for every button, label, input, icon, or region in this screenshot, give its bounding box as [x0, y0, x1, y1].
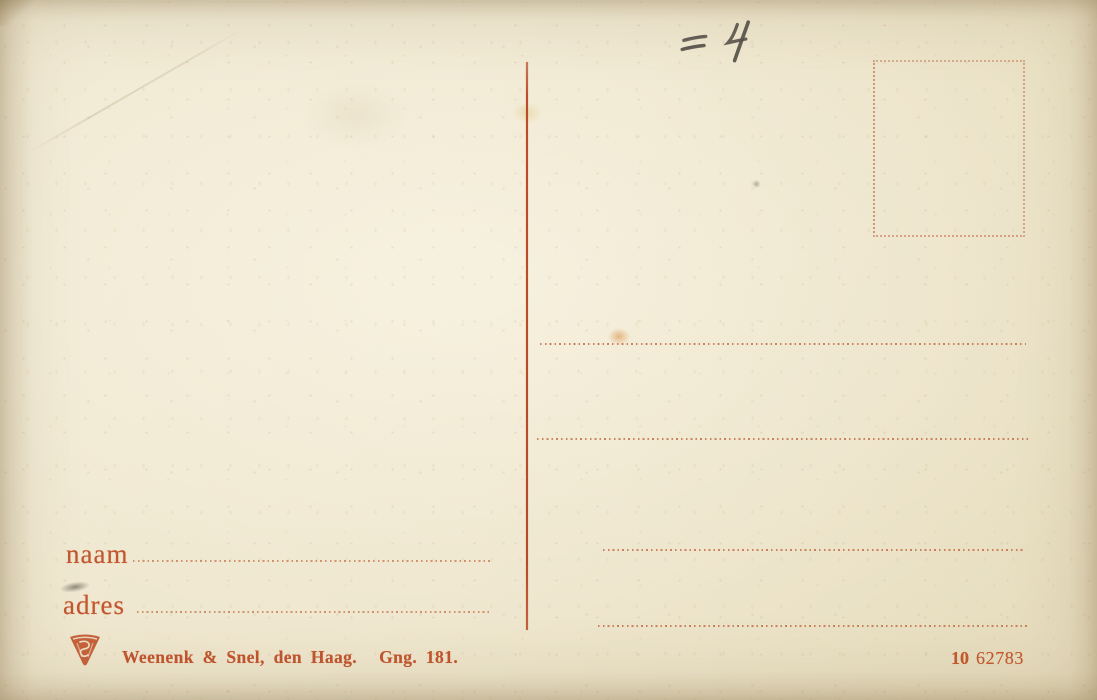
pencil-note-handwriting	[675, 16, 773, 71]
address-dotted-line	[537, 438, 1028, 440]
address-label: adres	[63, 592, 125, 619]
publisher-imprint-row: Weenenk & Snel, den Haag.Gng. 181.	[122, 647, 458, 668]
publisher-logo-monogram-icon	[67, 631, 103, 671]
address-dotted-line	[603, 549, 1024, 551]
series-number: Gng. 181.	[379, 647, 458, 667]
corner-fold-mark	[0, 0, 34, 26]
name-label: naam	[66, 541, 128, 568]
stamp-box	[873, 60, 1025, 237]
serial-prefix: 10	[951, 648, 969, 668]
postcard-back-scan: naam adres Weenenk & Snel, den Haag.Gng.…	[0, 0, 1097, 700]
paper-fleck	[752, 180, 761, 188]
publisher-imprint: Weenenk & Snel, den Haag.	[122, 647, 357, 667]
serial-number: 1062783	[951, 648, 1024, 669]
divider-line	[526, 62, 528, 630]
name-dotted-line	[133, 560, 493, 562]
address-dotted-line	[540, 343, 1026, 345]
address-field-dotted-line	[137, 611, 492, 613]
paper-discoloration	[300, 80, 410, 150]
address-dotted-line	[598, 625, 1027, 627]
paper-crease	[28, 26, 247, 154]
serial-value: 62783	[976, 648, 1024, 668]
